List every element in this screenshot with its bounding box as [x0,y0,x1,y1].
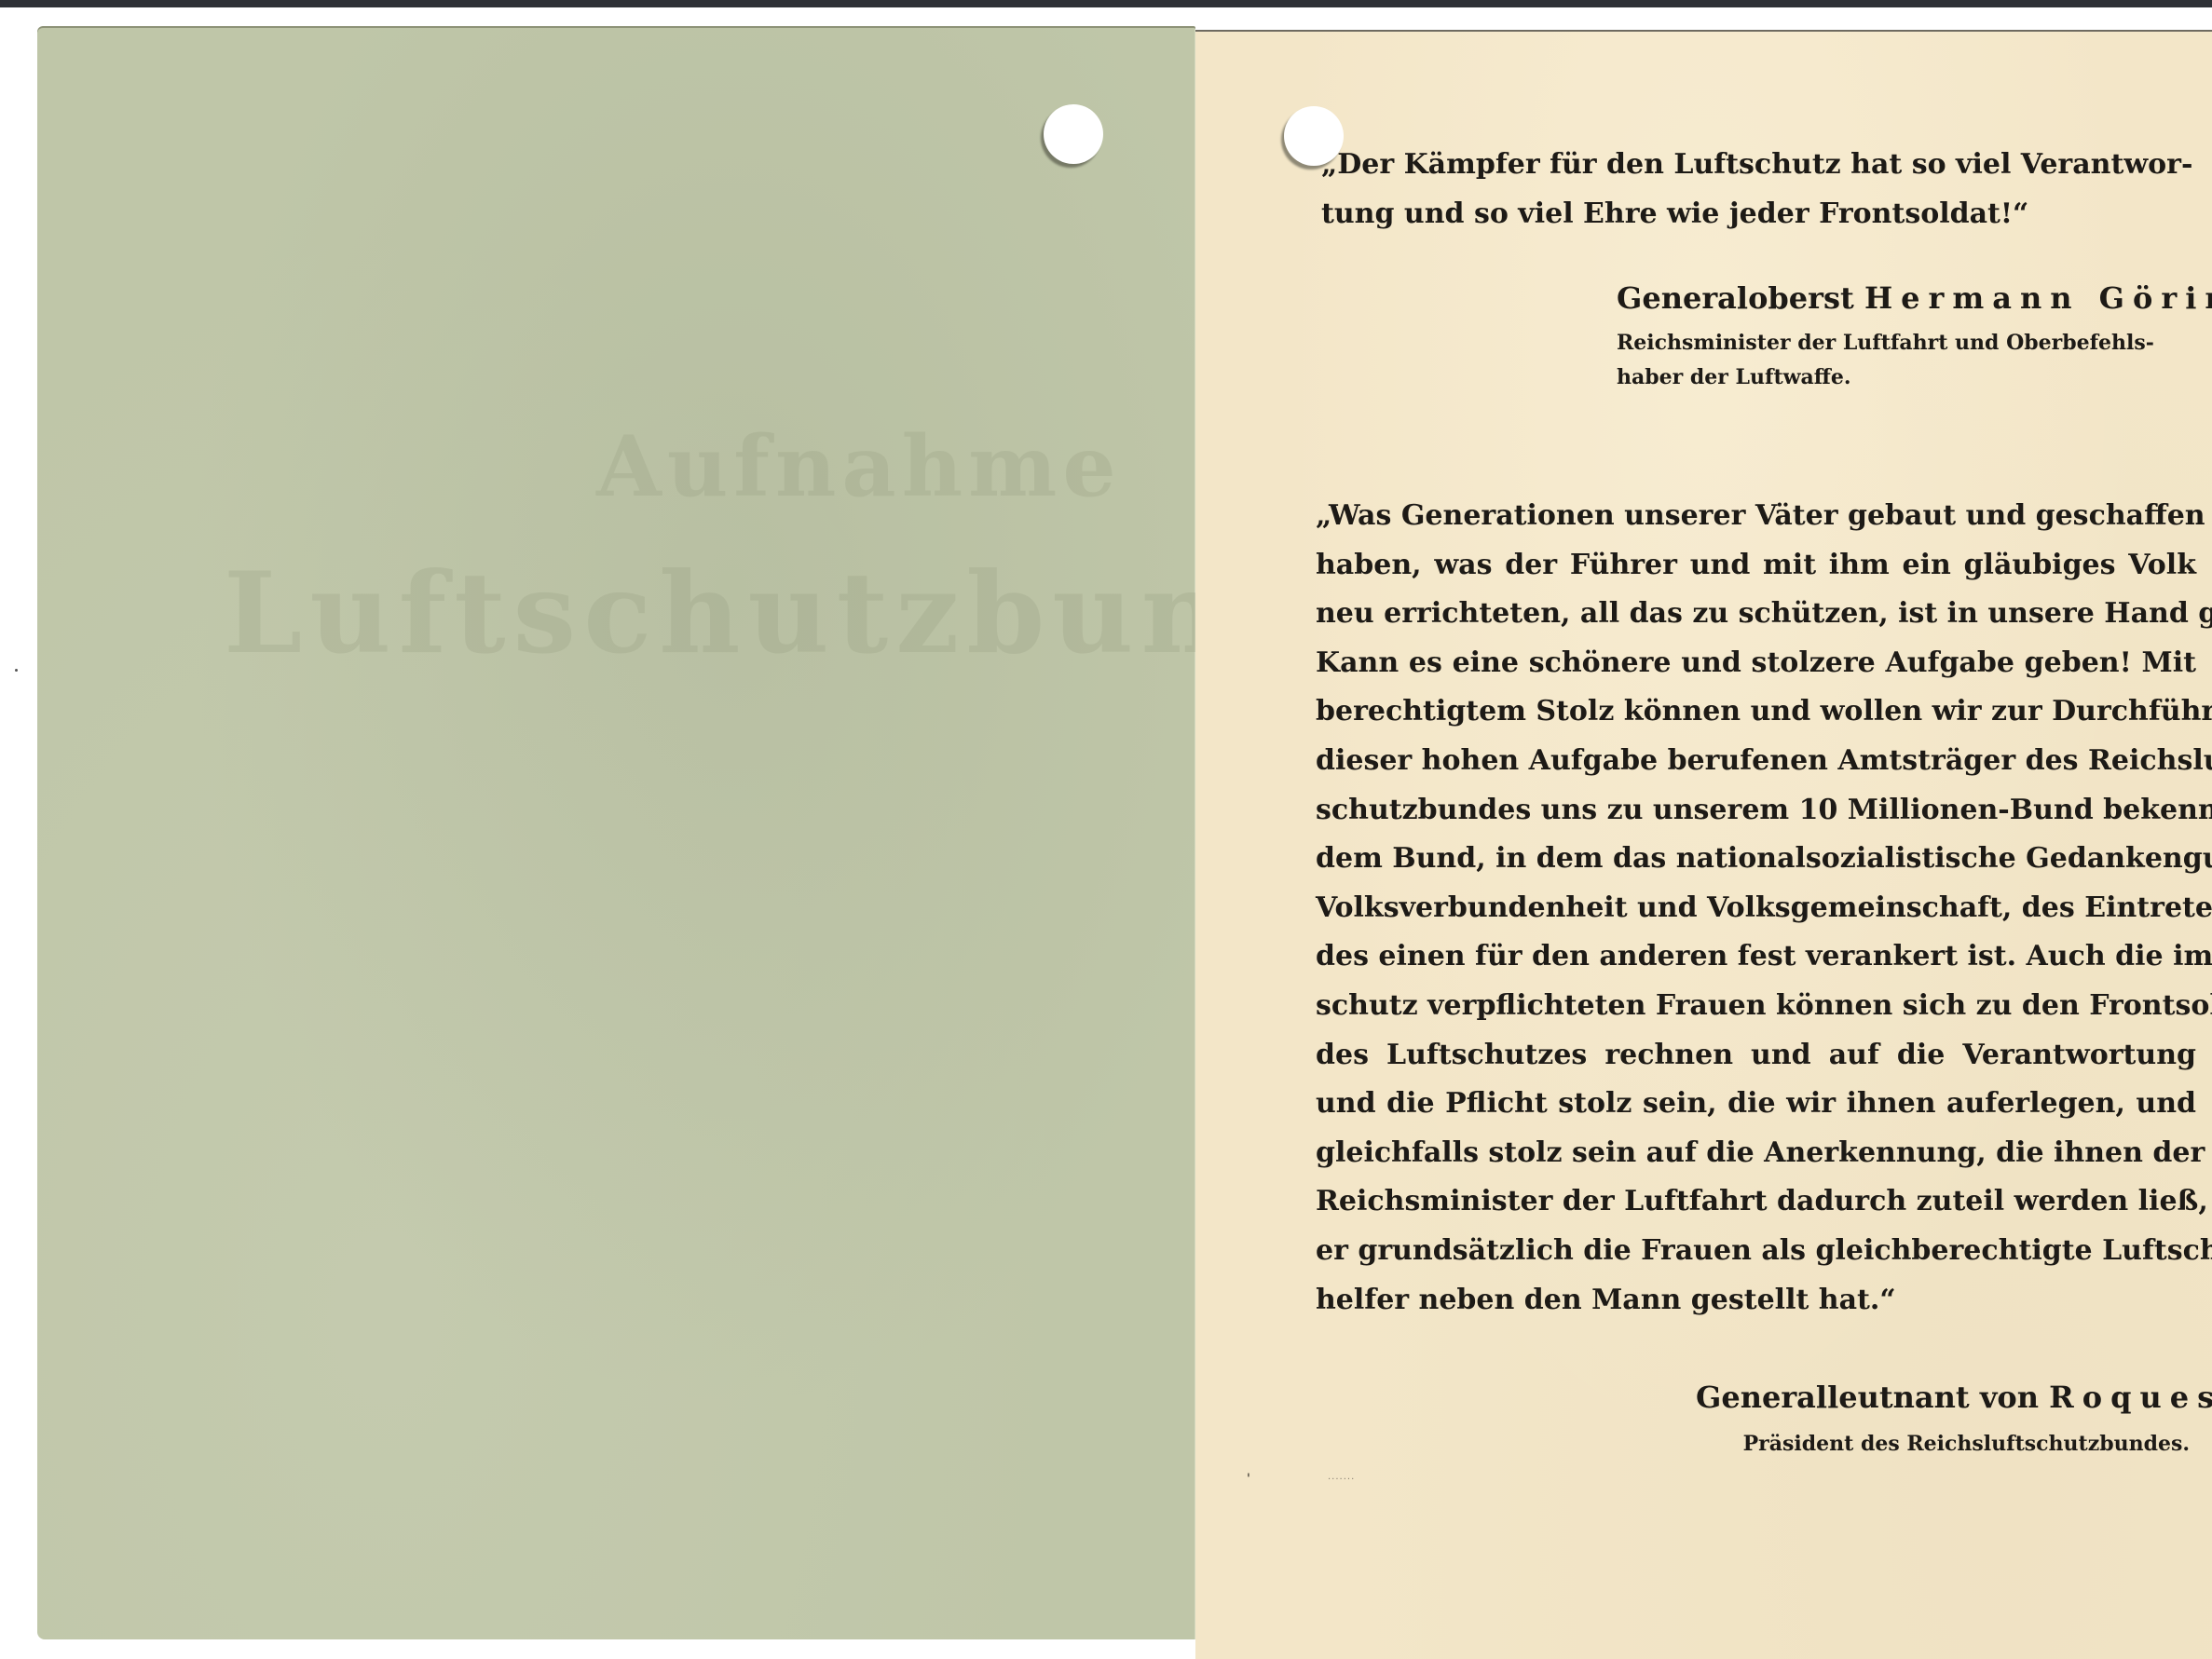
quote-line: Kann es eine schönere und stolzere Aufga… [1316,639,2196,688]
signature-title: Präsident des Reichsluftschutzbundes. [1696,1425,2190,1462]
signature-title-line: haber der Luftwaffe. [1617,360,2204,395]
quote-line: helfer neben den Mann gestellt hat.“ [1316,1276,2196,1326]
signature-person: Hermann Göring. [1864,280,2212,316]
quote-line: schutz verpflichteten Frauen können sich… [1316,982,2196,1031]
quote-line: Reichsminister der Luftfahrt dadurch zut… [1316,1177,2196,1227]
roques-quote: „Was Generationen unserer Väter gebaut u… [1316,492,2196,1325]
quote-line: und die Pflicht stolz sein, die wir ihne… [1316,1080,2196,1129]
quote-line: er grundsätzlich die Frauen als gleichbe… [1316,1227,2196,1276]
quote-line: neu errichteten, all das zu schützen, is… [1316,590,2196,639]
quote-line: haben, was der Führer und mit ihm ein gl… [1316,541,2196,591]
scanner-top-edge [0,0,2212,7]
bleed-through-text: Aufnahme [596,417,1122,516]
bleed-through-text: Luftschutzbund [224,548,1316,679]
quote-line: gleichfalls stolz sein auf die Anerkennu… [1316,1129,2196,1178]
scanned-booklet-spread: Aufnahme Luftschutzbund „Der Kämpfer für… [0,0,2212,1659]
quote-line: des Luftschutzes rechnen und auf die Ver… [1316,1031,2196,1081]
signature-rank: Generaloberst [1617,280,1854,316]
ink-smudge: ······· [1328,1475,1355,1485]
quote-line: Volksverbundenheit und Volksgemeinschaft… [1316,884,2196,933]
signature-name: Generalleutnant von Roques. [1696,1369,2190,1425]
signature-title-line: Reichsminister der Luftfahrt und Oberbef… [1617,326,2204,360]
signature-name: Generaloberst Hermann Göring. [1617,270,2204,326]
quote-line: dem Bund, in dem das nationalsozialistis… [1316,835,2196,884]
quote-line: tung und so viel Ehre wie jeder Frontsol… [1321,189,2192,238]
quote-line: des einen für den anderen fest verankert… [1316,932,2196,982]
goering-quote: „Der Kämpfer für den Luftschutz hat so v… [1321,140,2192,238]
punch-hole-left-page [1044,104,1103,164]
stray-dust-mark [15,669,18,672]
ink-speck: ' [1247,1472,1250,1487]
goering-signature: Generaloberst Hermann Göring. Reichsmini… [1617,270,2204,395]
signature-rank: Generalleutnant von [1696,1380,2039,1415]
quote-line: schutzbundes uns zu unserem 10 Millionen… [1316,786,2196,836]
left-page-green: Aufnahme Luftschutzbund [37,26,1195,1639]
quote-line: „Der Kämpfer für den Luftschutz hat so v… [1321,140,2192,189]
quote-line: „Was Generationen unserer Väter gebaut u… [1316,492,2196,541]
roques-signature: Generalleutnant von Roques. Präsident de… [1696,1369,2190,1462]
quote-line: dieser hohen Aufgabe berufenen Amtsträge… [1316,737,2196,786]
signature-person: Roques. [2049,1380,2212,1415]
quote-line: berechtigtem Stolz können und wollen wir… [1316,687,2196,737]
